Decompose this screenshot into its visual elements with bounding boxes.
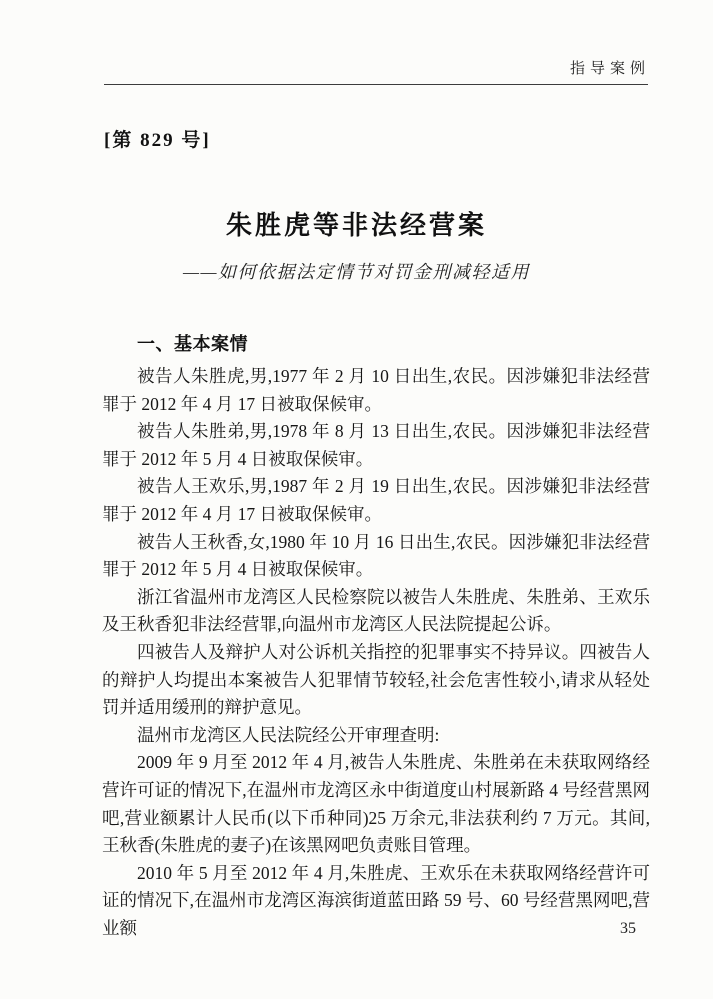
case-subtitle: ——如何依据法定情节对罚金刑减轻适用 bbox=[0, 258, 713, 284]
header-rule bbox=[104, 84, 648, 85]
paragraph-prosecution: 浙江省温州市龙湾区人民检察院以被告人朱胜虎、朱胜弟、王欢乐及王秋香犯非法经营罪,… bbox=[102, 584, 650, 639]
paragraph-defendant-wanghuanle: 被告人王欢乐,男,1987 年 2 月 19 日出生,农民。因涉嫌犯非法经营罪于… bbox=[102, 473, 650, 528]
paragraph-defendant-wangqiuxiang: 被告人王秋香,女,1980 年 10 月 16 日出生,农民。因涉嫌犯非法经营罪… bbox=[102, 529, 650, 584]
running-header-label: 指导案例 bbox=[570, 57, 650, 78]
case-title: 朱胜虎等非法经营案 bbox=[0, 205, 713, 242]
paragraph-fact-2010: 2010 年 5 月至 2012 年 4 月,朱胜虎、王欢乐在未获取网络经营许可… bbox=[102, 860, 650, 943]
paragraph-defendant-zhushengdi: 被告人朱胜弟,男,1978 年 8 月 13 日出生,农民。因涉嫌犯非法经营罪于… bbox=[102, 418, 650, 473]
case-body: 被告人朱胜虎,男,1977 年 2 月 10 日出生,农民。因涉嫌犯非法经营罪于… bbox=[102, 363, 650, 942]
paragraph-fact-2009: 2009 年 9 月至 2012 年 4 月,被告人朱胜虎、朱胜弟在未获取网络经… bbox=[102, 749, 650, 859]
paragraph-defendant-zhushenghu: 被告人朱胜虎,男,1977 年 2 月 10 日出生,农民。因涉嫌犯非法经营罪于… bbox=[102, 363, 650, 418]
paragraph-court-finding-intro: 温州市龙湾区人民法院经公开审理查明: bbox=[102, 722, 650, 750]
document-page: 指导案例 [第 829 号] 朱胜虎等非法经营案 ——如何依据法定情节对罚金刑减… bbox=[0, 0, 713, 999]
page-number: 35 bbox=[620, 920, 636, 938]
section-heading-basic-facts: 一、基本案情 bbox=[137, 330, 248, 356]
paragraph-defense-opinion: 四被告人及辩护人对公诉机关指控的犯罪事实不持异议。四被告人的辩护人均提出本案被告… bbox=[102, 639, 650, 722]
case-number: [第 829 号] bbox=[104, 125, 211, 152]
